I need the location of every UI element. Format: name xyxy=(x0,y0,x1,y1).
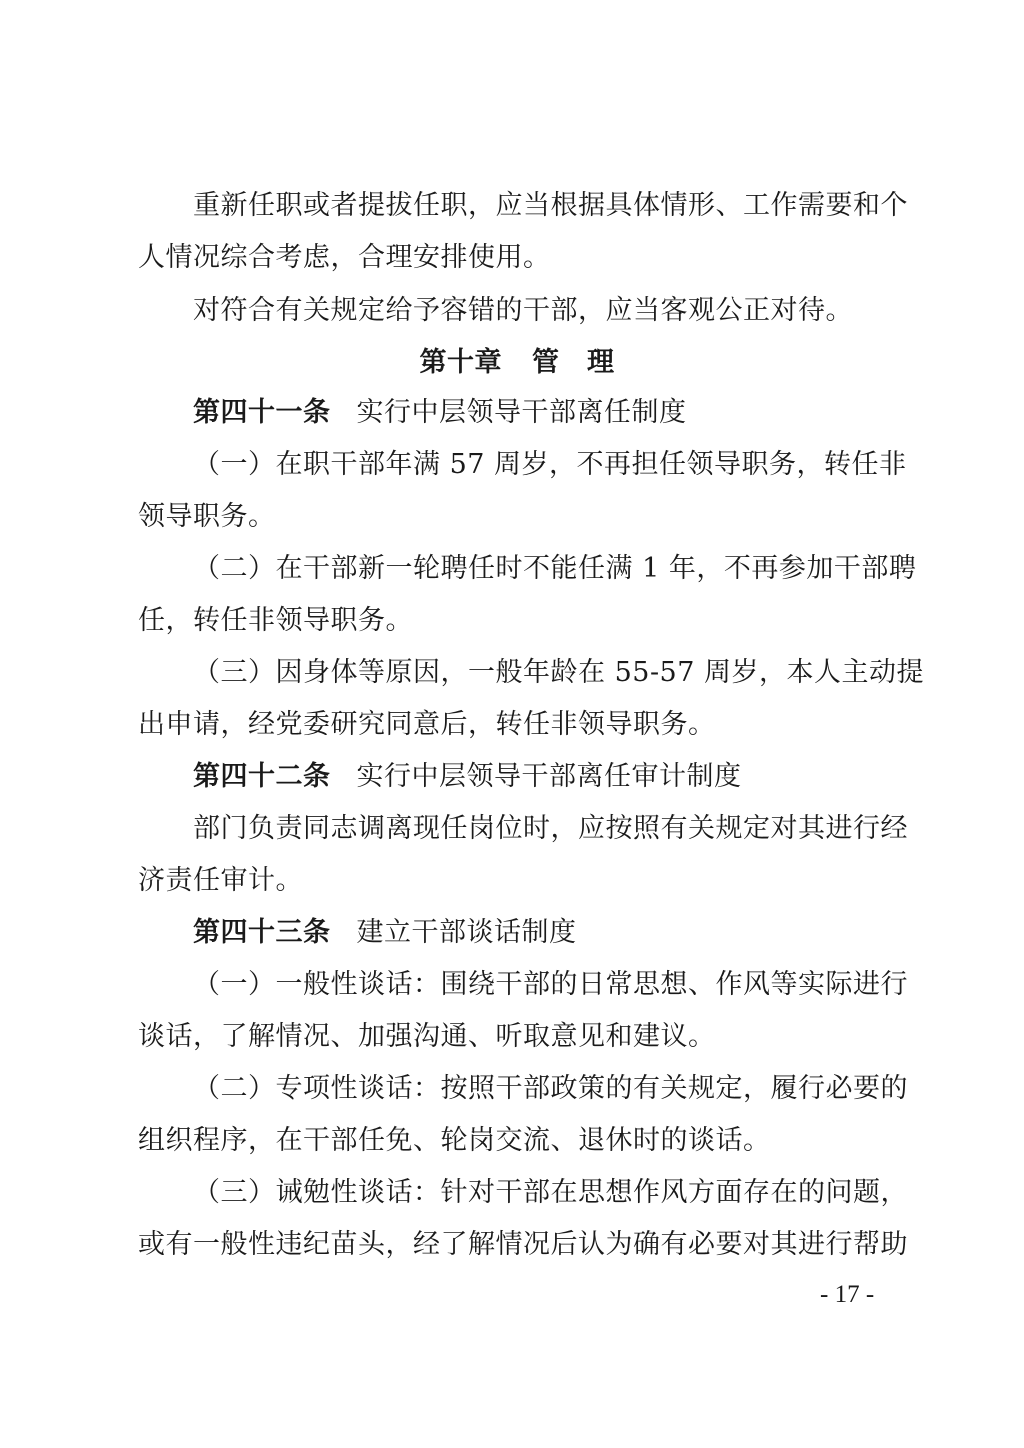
article-title: 实行中层领导干部离任制度 xyxy=(357,397,687,428)
article-item-line: （二）在干部新一轮聘任时不能任满 1 年，不再参加干部聘 xyxy=(138,549,896,589)
paragraph-line: 人情况综合考虑，合理安排使用。 xyxy=(138,238,896,278)
article-item-line: 组织程序，在干部任免、轮岗交流、退休时的谈话。 xyxy=(138,1121,896,1161)
article-item-line: 或有一般性违纪苗头，经了解情况后认为确有必要对其进行帮助 xyxy=(138,1225,896,1265)
article-item-line: 谈话，了解情况、加强沟通、听取意见和建议。 xyxy=(138,1017,896,1057)
article-heading: 第四十二条实行中层领导干部离任审计制度 xyxy=(138,757,896,797)
article-item-line: 领导职务。 xyxy=(138,497,896,537)
article-item-line: （一）一般性谈话：围绕干部的日常思想、作风等实际进行 xyxy=(138,965,896,1005)
article-item-line: （一）在职干部年满 57 周岁，不再担任领导职务，转任非 xyxy=(138,445,896,485)
article-number: 第四十一条 xyxy=(193,397,331,428)
article-heading: 第四十三条建立干部谈话制度 xyxy=(138,913,896,953)
article-title: 实行中层领导干部离任审计制度 xyxy=(357,761,742,792)
paragraph-line: 重新任职或者提拔任职，应当根据具体情形、工作需要和个 xyxy=(138,186,896,226)
paragraph-line: 对符合有关规定给予容错的干部，应当客观公正对待。 xyxy=(138,291,896,331)
chapter-heading: 第十章管 理 xyxy=(138,343,896,383)
page-number: - 17 - xyxy=(820,1277,874,1313)
chapter-number: 第十章 xyxy=(420,347,503,378)
article-number: 第四十二条 xyxy=(193,761,331,792)
article-item-line: 出申请，经党委研究同意后，转任非领导职务。 xyxy=(138,705,896,745)
article-title: 建立干部谈话制度 xyxy=(357,917,577,948)
article-item-line: （三）因身体等原因，一般年龄在 55-57 周岁，本人主动提 xyxy=(138,653,896,693)
chapter-title: 管 理 xyxy=(532,347,615,378)
article-item-line: （二）专项性谈话：按照干部政策的有关规定，履行必要的 xyxy=(138,1069,896,1109)
article-item-line: （三）诫勉性谈话：针对干部在思想作风方面存在的问题， xyxy=(138,1173,896,1213)
article-heading: 第四十一条实行中层领导干部离任制度 xyxy=(138,393,896,433)
article-item-line: 济责任审计。 xyxy=(138,861,896,901)
article-number: 第四十三条 xyxy=(193,917,331,948)
article-item-line: 任，转任非领导职务。 xyxy=(138,601,896,641)
article-item-line: 部门负责同志调离现任岗位时，应按照有关规定对其进行经 xyxy=(138,809,896,849)
